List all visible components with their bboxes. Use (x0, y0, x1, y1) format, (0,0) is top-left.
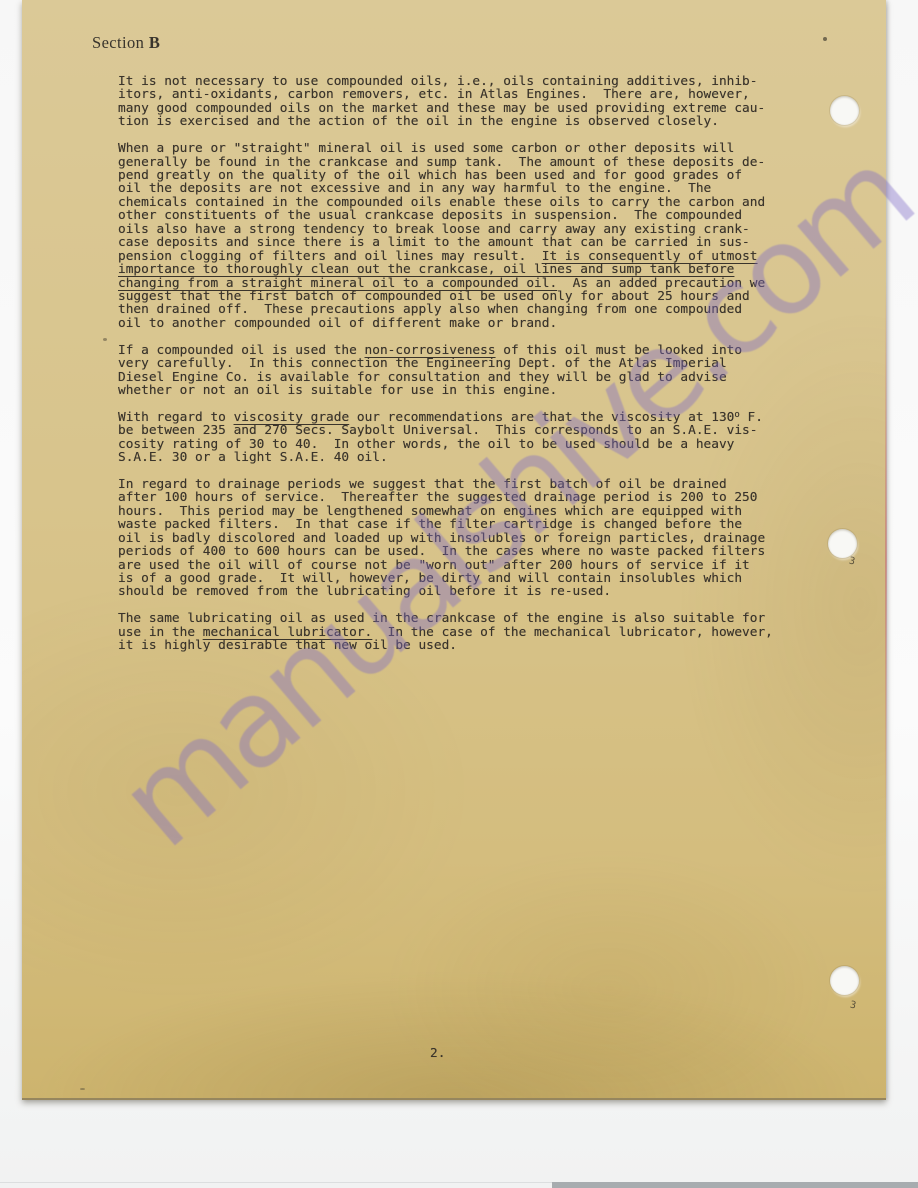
ink-speck (80, 1088, 85, 1090)
text-line: pend greatly on the quality of the oil w… (118, 168, 808, 181)
text-line: cosity rating of 30 to 40. In other word… (118, 437, 808, 450)
text-line: waste packed filters. In that case if th… (118, 517, 808, 530)
text-line: oil the deposits are not excessive and i… (118, 181, 808, 194)
text-line: pension clogging of filters and oil line… (118, 249, 808, 262)
text-line: then drained off. These precautions appl… (118, 302, 808, 315)
text-line: after 100 hours of service. Thereafter t… (118, 490, 808, 503)
text-line: periods of 400 to 600 hours can be used.… (118, 544, 808, 557)
punch-hole-bottom (830, 966, 859, 995)
text-line: be between 235 and 270 Secs. Saybolt Uni… (118, 423, 808, 436)
document-body: It is not necessary to use compounded oi… (118, 74, 808, 665)
punch-hole-middle (828, 529, 857, 558)
section-letter: B (149, 33, 160, 52)
text-line: other constituents of the usual crankcas… (118, 208, 808, 221)
section-label: Section (92, 33, 144, 52)
text-line: changing from a straight mineral oil to … (118, 276, 808, 289)
smudge-mark: 3 (849, 999, 857, 1011)
text-line: itors, anti-oxidants, carbon removers, e… (118, 87, 808, 100)
paragraph: The same lubricating oil as used in the … (118, 611, 808, 651)
text-line: tion is exercised and the action of the … (118, 114, 808, 127)
smudge-mark: 3 (848, 555, 856, 567)
ink-speck (823, 37, 827, 41)
text-line: oils also have a strong tendency to brea… (118, 222, 808, 235)
text-line: use in the mechanical lubricator. In the… (118, 625, 808, 638)
text-line: With regard to viscosity grade our recom… (118, 410, 808, 423)
text-line: oil to another compounded oil of differe… (118, 316, 808, 329)
text-line: it is highly desirable that new oil be u… (118, 638, 808, 651)
text-line: whether or not an oil is suitable for us… (118, 383, 808, 396)
text-line: should be removed from the lubricating o… (118, 584, 808, 597)
text-line: It is not necessary to use compounded oi… (118, 74, 808, 87)
paragraph: In regard to drainage periods we suggest… (118, 477, 808, 598)
paragraph: When a pure or "straight" mineral oil is… (118, 141, 808, 329)
text-line: case deposits and since there is a limit… (118, 235, 808, 248)
text-line: In regard to drainage periods we suggest… (118, 477, 808, 490)
paragraph: If a compounded oil is used the non-corr… (118, 343, 808, 397)
ink-speck (103, 338, 107, 341)
text-line: The same lubricating oil as used in the … (118, 611, 808, 624)
text-line: hours. This period may be lengthened som… (118, 504, 808, 517)
scanned-document-page: Section B It is not necessary to use com… (0, 0, 918, 1188)
text-line: are used the oil will of course not be "… (118, 558, 808, 571)
paragraph: It is not necessary to use compounded oi… (118, 74, 808, 128)
text-line: many good compounded oils on the market … (118, 101, 808, 114)
paragraph: With regard to viscosity grade our recom… (118, 410, 808, 464)
section-heading: Section B (92, 33, 160, 53)
page-number: 2. (430, 1046, 445, 1061)
text-line: very carefully. In this connection the E… (118, 356, 808, 369)
scan-edge-strip (552, 1182, 918, 1188)
text-line: generally be found in the crankcase and … (118, 155, 808, 168)
text-line: suggest that the first batch of compound… (118, 289, 808, 302)
text-line: When a pure or "straight" mineral oil is… (118, 141, 808, 154)
text-line: Diesel Engine Co. is available for consu… (118, 370, 808, 383)
text-line: chemicals contained in the compounded oi… (118, 195, 808, 208)
paper-sheet: Section B It is not necessary to use com… (22, 0, 886, 1100)
punch-hole-top (830, 96, 859, 125)
text-line: If a compounded oil is used the non-corr… (118, 343, 808, 356)
text-line: oil is badly discolored and loaded up wi… (118, 531, 808, 544)
text-line: is of a good grade. It will, however, be… (118, 571, 808, 584)
text-line: importance to thoroughly clean out the c… (118, 262, 808, 275)
text-line: S.A.E. 30 or a light S.A.E. 40 oil. (118, 450, 808, 463)
